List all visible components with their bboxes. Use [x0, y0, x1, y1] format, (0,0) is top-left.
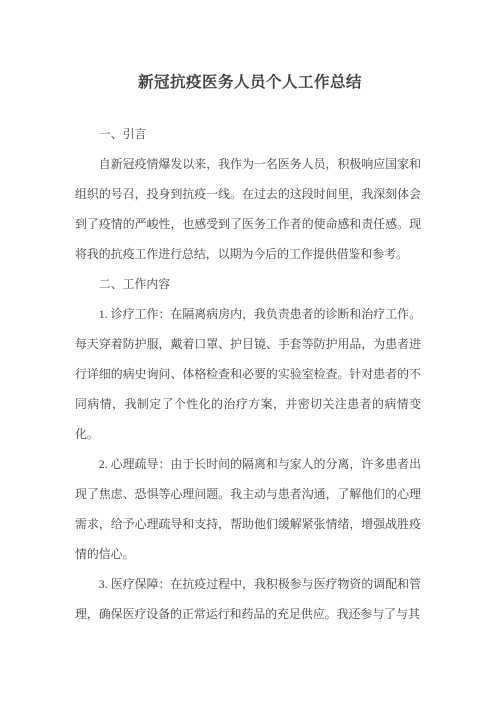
section-heading-introduction: 一、引言 [75, 119, 421, 149]
document-body: 一、引言 自新冠疫情爆发以来，我作为一名医务人员，积极响应国家和组织的号召，投身… [75, 119, 421, 629]
paragraph-medical-support: 3. 医疗保障：在抗疫过程中，我积极参与医疗物资的调配和管理，确保医疗设备的正常… [75, 569, 421, 629]
paragraph-psychological-counseling: 2. 心理疏导：由于长时间的隔离和与家人的分离，许多患者出现了焦虑、恐惧等心理问… [75, 449, 421, 569]
document-page: 新冠抗疫医务人员个人工作总结 一、引言 自新冠疫情爆发以来，我作为一名医务人员，… [0, 0, 500, 707]
paragraph-diagnosis-treatment: 1. 诊疗工作：在隔离病房内，我负责患者的诊断和治疗工作。每天穿着防护服，戴着口… [75, 299, 421, 449]
document-title: 新冠抗疫医务人员个人工作总结 [0, 73, 500, 93]
paragraph-introduction: 自新冠疫情爆发以来，我作为一名医务人员，积极响应国家和组织的号召，投身到抗疫一线… [75, 149, 421, 269]
section-heading-work-content: 二、工作内容 [75, 269, 421, 299]
